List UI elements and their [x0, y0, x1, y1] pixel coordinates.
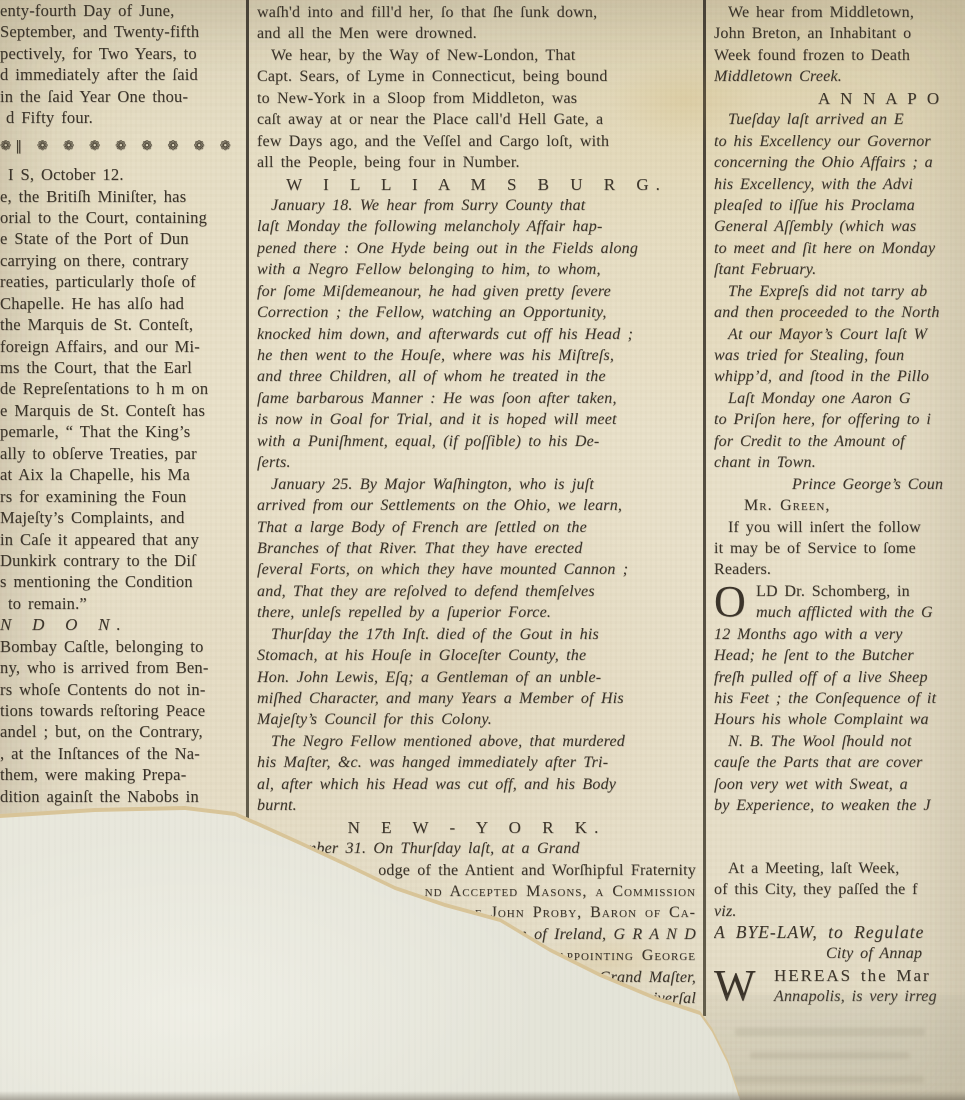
- section-heading: A N N A P O: [714, 88, 965, 109]
- text-line: in the ſaid Year One thou-: [0, 86, 238, 107]
- text-line: John Breton, an Inhabitant o: [714, 23, 965, 44]
- text-fragment: At our Mayor’s Court laſt W: [728, 326, 927, 343]
- text-line: 12 Months ago with a very: [714, 624, 965, 645]
- text-fragment: pened there : One Hyde being out in the …: [257, 240, 638, 257]
- text-line: knocked him down, and afterwards cut off…: [257, 324, 696, 345]
- text-line: Capt. Sears, of Lyme in Connecticut, bei…: [257, 66, 696, 87]
- text-line: with a Puniſhment, equal, (if poſſible) …: [257, 431, 696, 452]
- text-fragment: carrying on there, contrary: [0, 251, 189, 270]
- text-line: ſerts.: [257, 452, 696, 473]
- text-line: pleaſed to iſſue his Proclama: [714, 195, 965, 216]
- text-fragment: he then went to the Houſe, where was his…: [257, 347, 614, 364]
- text-line: viz.: [714, 901, 965, 922]
- text-line: freſh pulled off of a live Sheep: [714, 667, 965, 688]
- text-line: General Aſſembly (which was: [714, 216, 965, 237]
- text-fragment: rs for examining the Foun: [0, 487, 186, 506]
- text-fragment: Mr. Green,: [744, 497, 830, 514]
- section-heading: WHEREAS the Mar: [714, 965, 965, 986]
- text-fragment: for ſome Miſdemeanour, he had given pret…: [257, 283, 611, 300]
- section-heading: W I L L I A M S B U R G.: [257, 174, 696, 195]
- text-line: September, and Twenty-fifth: [0, 21, 238, 42]
- text-line: e, the Britiſh Miniſter, has: [0, 186, 238, 207]
- text-fragment: pectively, for Two Years, to: [0, 44, 197, 63]
- text-fragment: caſt away at or near the Place call'd He…: [257, 111, 603, 128]
- text-fragment: Hours his whole Complaint wa: [714, 711, 929, 728]
- text-fragment: and three Children, all of whom he treat…: [257, 368, 606, 385]
- text-line: chant in Town.: [714, 452, 965, 473]
- text-fragment: in the ſaid Year One thou-: [0, 87, 188, 106]
- text-line: concerning the Ohio Affairs ; a: [714, 152, 965, 173]
- text-fragment: We hear from Middletown,: [728, 4, 914, 21]
- text-fragment: pleaſed to iſſue his Proclama: [714, 197, 915, 214]
- text-line: tions towards reſtoring Peace: [0, 700, 238, 721]
- text-fragment: of this City, they paſſed the f: [714, 881, 918, 898]
- text-fragment: d Fifty four.: [6, 108, 93, 127]
- text-fragment: and then proceeded to the North: [714, 304, 940, 321]
- text-fragment: That a large Body of French are ſettled …: [257, 519, 587, 536]
- text-line: Tueſday laſt arrived an E: [714, 109, 965, 130]
- text-line: was tried for Stealing, foun: [714, 345, 965, 366]
- text-line: for ſome Miſdemeanour, he had given pret…: [257, 281, 696, 302]
- text-fragment: freſh pulled off of a live Sheep: [714, 669, 928, 686]
- text-line: At a Meeting, laſt Week,: [714, 858, 965, 879]
- text-line: Majeſty’s Complaints, and: [0, 507, 238, 528]
- section-heading: N D O N.: [0, 614, 238, 635]
- text-fragment: ally to obſerve Treaties, par: [0, 444, 197, 463]
- column-right: We hear from Middletown,John Breton, an …: [714, 2, 965, 1014]
- text-line: Thurſday the 17th Inſt. died of the Gout…: [257, 624, 696, 645]
- text-fragment: e, the Britiſh Miniſter, has: [0, 187, 186, 206]
- ghost-smudge: [735, 1028, 925, 1036]
- text-line: them, were making Prepa-: [0, 764, 238, 785]
- text-fragment: Bombay Caſtle, belonging to: [0, 637, 204, 656]
- text-fragment: N E W - Y O R K.: [348, 818, 606, 837]
- text-line: ny, who is arrived from Ben-: [0, 657, 238, 678]
- text-line: OLD Dr. Schomberg, in: [714, 581, 965, 602]
- text-fragment: January 25. By Major Waſhington, who is …: [271, 476, 594, 493]
- text-line: Bombay Caſtle, belonging to: [0, 636, 238, 657]
- text-fragment: cauſe the Parts that are cover: [714, 754, 923, 771]
- text-line: and then proceeded to the North: [714, 302, 965, 323]
- text-fragment: tions towards reſtoring Peace: [0, 701, 205, 720]
- text-fragment: Capt. Sears, of Lyme in Connecticut, bei…: [257, 68, 608, 85]
- text-line: January 25. By Major Waſhington, who is …: [257, 474, 696, 495]
- text-line: Hon. John Lewis, Eſq; a Gentleman of an …: [257, 667, 696, 688]
- text-fragment: in Caſe it appeared that any: [0, 530, 199, 549]
- text-line: caſt away at or near the Place call'd He…: [257, 109, 696, 130]
- text-fragment: the Marquis de St. Conteſt,: [0, 315, 193, 334]
- text-line: rs whoſe Contents do not in-: [0, 679, 238, 700]
- text-fragment: rs whoſe Contents do not in-: [0, 680, 206, 699]
- text-fragment: City of Annap: [826, 945, 922, 962]
- text-line: the Marquis de St. Conteſt,: [0, 314, 238, 335]
- text-fragment: ſeveral Forts, on which they have mounte…: [257, 561, 628, 578]
- text-fragment: Laſt Monday one Aaron G: [728, 390, 911, 407]
- text-fragment: m of Ireland, G R A N D: [515, 926, 696, 943]
- text-fragment: to remain.”: [8, 594, 87, 613]
- text-fragment: John Breton, an Inhabitant o: [714, 25, 911, 42]
- text-fragment: it may be of Service to ſome: [714, 540, 916, 557]
- text-line: and three Children, all of whom he treat…: [257, 366, 696, 387]
- text-line: his Maſter, &c. was hanged immediately a…: [257, 752, 696, 773]
- text-fragment: e State of the Port of Dun: [0, 229, 189, 248]
- text-fragment: his Maſter, &c. was hanged immediately a…: [257, 754, 608, 771]
- text-fragment: enty-fourth Day of June,: [0, 1, 175, 20]
- text-fragment: was tried for Stealing, foun: [714, 347, 904, 364]
- text-fragment: d immediately after the ſaid: [0, 65, 198, 84]
- text-line: foreign Affairs, and our Mi-: [0, 336, 238, 357]
- text-line: of this City, they paſſed the f: [714, 879, 965, 900]
- text-line: January 18. We hear from Surry County th…: [257, 195, 696, 216]
- page-shadow-tint: [706, 995, 965, 1100]
- ornament-row: ❁‖ ❁ ❁ ❁ ❁ ❁ ❁ ❁ ❁ ❁ ❁ ❁: [0, 136, 238, 157]
- text-line: The Negro Fellow mentioned above, that m…: [257, 731, 696, 752]
- text-fragment: Chapelle. He has alſo had: [0, 294, 184, 313]
- text-fragment: pemarle, “ That the King’s: [0, 422, 190, 441]
- text-fragment: odge of the Antient and Worſhipful Frate…: [378, 862, 696, 879]
- text-line: We hear from Middletown,: [714, 2, 965, 23]
- text-line: there, unleſs repelled by a ſuperior For…: [257, 602, 696, 623]
- text-fragment: is now in Goal for Trial, and it is hope…: [257, 411, 617, 428]
- text-fragment: al, after which his Head was cut off, an…: [257, 776, 616, 793]
- page-bottom-edge: [0, 1091, 965, 1100]
- text-fragment: at Aix la Chapelle, his Ma: [0, 465, 190, 484]
- text-line: That a large Body of French are ſettled …: [257, 517, 696, 538]
- column-divider-right: [703, 0, 706, 1016]
- text-fragment: ny, who is arrived from Ben-: [0, 658, 209, 677]
- text-line: to Priſon here, for offering to i: [714, 409, 965, 430]
- text-fragment: Majeſty’s Council for this Colony.: [257, 711, 492, 728]
- column-divider-left: [246, 0, 249, 833]
- text-fragment: s mentioning the Condition: [0, 572, 193, 591]
- text-fragment: dition againſt the Nabobs in: [0, 787, 199, 806]
- text-fragment: A N N A P O: [818, 89, 941, 108]
- text-line: waſh'd into and fill'd her, ſo that ſhe …: [257, 2, 696, 23]
- text-line: dition againſt the Nabobs in: [0, 786, 238, 807]
- text-fragment: January 18. We hear from Surry County th…: [271, 197, 585, 214]
- text-line: carrying on there, contrary: [0, 250, 238, 271]
- text-fragment: few Days ago, and the Veſſel and Cargo l…: [257, 133, 609, 150]
- text-fragment: appointing George: [558, 947, 696, 964]
- text-fragment: ſtant February.: [714, 261, 816, 278]
- text-fragment: there, unleſs repelled by a ſuperior For…: [257, 604, 551, 621]
- text-line: Laſt Monday one Aaron G: [714, 388, 965, 409]
- text-line: burnt.: [257, 795, 696, 816]
- text-line: laſt Monday the following melancholy Aff…: [257, 216, 696, 237]
- text-fragment: A BYE-LAW, to Regulate: [714, 922, 924, 942]
- text-fragment: reaties, particularly thoſe of: [0, 272, 196, 291]
- text-fragment: 12 Months ago with a very: [714, 626, 903, 643]
- text-fragment: Stomach, at his Houſe in Gloceſter Count…: [257, 647, 586, 664]
- text-line: Middletown Creek.: [714, 66, 965, 87]
- text-line: d Fifty four.: [0, 107, 238, 128]
- text-fragment: by Experience, to weaken the J: [714, 797, 931, 814]
- text-fragment: and all the Men were drowned.: [257, 25, 477, 42]
- text-fragment: to his Excellency our Governor: [714, 133, 931, 150]
- text-line: pectively, for Two Years, to: [0, 43, 238, 64]
- text-fragment: N D O N.: [0, 615, 128, 634]
- text-fragment: ſerts.: [257, 454, 291, 471]
- text-fragment: his Feet ; the Conſequence of it: [714, 690, 936, 707]
- text-line: Branches of that River. That they have e…: [257, 538, 696, 559]
- text-line: pemarle, “ That the King’s: [0, 421, 238, 442]
- text-line: by Experience, to weaken the J: [714, 795, 965, 816]
- column-left: enty-fourth Day of June,September, and T…: [0, 0, 238, 822]
- text-line: If you will inſert the follow: [714, 517, 965, 538]
- text-line: Prince George’s Coun: [714, 474, 965, 495]
- text-fragment: nd Accepted Masons, a Commiſſion: [425, 883, 696, 900]
- text-fragment: e Marquis de St. Conteſt has: [0, 401, 205, 420]
- column-gap: [714, 817, 965, 858]
- text-fragment: The Expreſs did not tarry ab: [728, 283, 927, 300]
- ghost-smudge: [750, 1052, 910, 1059]
- text-line: pened there : One Hyde being out in the …: [257, 238, 696, 259]
- text-fragment: W I L L I A M S B U R G.: [286, 175, 667, 194]
- text-fragment: chant in Town.: [714, 454, 816, 471]
- text-line: is now in Goal for Trial, and it is hope…: [257, 409, 696, 430]
- text-line: Correction ; the Fellow, watching an Opp…: [257, 302, 696, 323]
- text-fragment: Branches of that River. That they have e…: [257, 540, 583, 557]
- text-line: for Credit to the Amount of: [714, 431, 965, 452]
- text-fragment: to Priſon here, for offering to i: [714, 411, 931, 428]
- text-line: with a Negro Fellow belonging to him, to…: [257, 259, 696, 280]
- text-fragment: General Aſſembly (which was: [714, 218, 916, 235]
- text-fragment: waſh'd into and fill'd her, ſo that ſhe …: [257, 4, 597, 21]
- text-line: At our Mayor’s Court laſt W: [714, 324, 965, 345]
- text-fragment: Tueſday laſt arrived an E: [728, 111, 904, 128]
- text-line: andel ; but, on the Contrary,: [0, 721, 238, 742]
- text-line: Mr. Green,: [714, 495, 965, 516]
- text-line: orial to the Court, containing: [0, 207, 238, 228]
- text-fragment: Dunkirk contrary to the Diſ: [0, 551, 196, 570]
- text-fragment: his Excellency, with the Advi: [714, 176, 913, 193]
- text-fragment: foreign Affairs, and our Mi-: [0, 337, 200, 356]
- text-line: much afflicted with the G: [714, 602, 965, 623]
- text-line: Majeſty’s Council for this Colony.: [257, 709, 696, 730]
- text-fragment: LD Dr. Schomberg, in: [756, 583, 910, 600]
- text-fragment: with a Negro Fellow belonging to him, to…: [257, 261, 601, 278]
- text-line: Week found frozen to Death: [714, 45, 965, 66]
- text-line: Dunkirk contrary to the Diſ: [0, 550, 238, 571]
- text-fragment: ❁‖ ❁ ❁ ❁ ❁ ❁ ❁ ❁ ❁ ❁ ❁ ❁: [0, 138, 238, 154]
- text-line: and all the Men were drowned.: [257, 23, 696, 44]
- text-line: to remain.”: [0, 593, 238, 614]
- text-fragment: laſt Monday the following melancholy Aff…: [257, 218, 603, 235]
- text-line: ſeveral Forts, on which they have mounte…: [257, 559, 696, 580]
- text-line: , at the Inſtances of the Na-: [0, 743, 238, 764]
- text-line: few Days ago, and the Veſſel and Cargo l…: [257, 131, 696, 152]
- section-heading: N E W - Y O R K.: [257, 817, 696, 838]
- text-fragment: whipp’d, and ſtood in the Pillo: [714, 368, 929, 385]
- ghost-smudge: [724, 1076, 924, 1083]
- text-fragment: , at the Inſtances of the Na-: [0, 744, 200, 763]
- text-line: his Excellency, with the Advi: [714, 174, 965, 195]
- text-line: to his Excellency our Governor: [714, 131, 965, 152]
- text-fragment: Middletown Creek.: [714, 68, 842, 85]
- text-line: e State of the Port of Dun: [0, 228, 238, 249]
- text-line: Readers.: [714, 559, 965, 580]
- text-line: ſoon very wet with Sweat, a: [714, 774, 965, 795]
- text-fragment: If you will inſert the follow: [728, 519, 921, 536]
- text-line: ſame barbarous Manner : He was ſoon afte…: [257, 388, 696, 409]
- text-line: d immediately after the ſaid: [0, 64, 238, 85]
- text-line: al, after which his Head was cut off, an…: [257, 774, 696, 795]
- text-fragment: all the People, being four in Number.: [257, 154, 520, 171]
- text-line: whipp’d, and ſtood in the Pillo: [714, 366, 965, 387]
- text-fragment: Head; he ſent to the Butcher: [714, 647, 914, 664]
- text-fragment: to meet and ſit here on Monday: [714, 240, 935, 257]
- text-fragment: and, That they are reſolved to defend th…: [257, 583, 595, 600]
- text-line: it may be of Service to ſome: [714, 538, 965, 559]
- text-line: rs for examining the Foun: [0, 486, 238, 507]
- text-fragment: orial to the Court, containing: [0, 208, 207, 227]
- text-line: s mentioning the Condition: [0, 571, 238, 592]
- text-line: ally to obſerve Treaties, par: [0, 443, 238, 464]
- text-line: miſhed Character, and many Years a Membe…: [257, 688, 696, 709]
- text-fragment: We hear, by the Way of New-London, That: [271, 47, 575, 64]
- text-line: Chapelle. He has alſo had: [0, 293, 238, 314]
- text-fragment: miſhed Character, and many Years a Membe…: [257, 690, 624, 707]
- text-line: at Aix la Chapelle, his Ma: [0, 464, 238, 485]
- text-line: reaties, particularly thoſe of: [0, 271, 238, 292]
- text-line: he then went to the Houſe, where was his…: [257, 345, 696, 366]
- newspaper-page: enty-fourth Day of June,September, and T…: [0, 0, 965, 1100]
- text-line: his Feet ; the Conſequence of it: [714, 688, 965, 709]
- text-fragment: ms the Court, that the Earl: [0, 358, 192, 377]
- text-fragment: ſoon very wet with Sweat, a: [714, 776, 908, 793]
- text-line: Head; he ſent to the Butcher: [714, 645, 965, 666]
- text-line: to New-York in a Sloop from Middleton, w…: [257, 88, 696, 109]
- text-line: A BYE-LAW, to Regulate: [714, 922, 965, 943]
- text-fragment: Prince George’s Coun: [792, 476, 943, 493]
- text-line: to meet and ſit here on Monday: [714, 238, 965, 259]
- text-line: Hours his whole Complaint wa: [714, 709, 965, 730]
- text-fragment: viz.: [714, 903, 737, 920]
- text-fragment: them, were making Prepa-: [0, 765, 186, 784]
- text-fragment: with a Puniſhment, equal, (if poſſible) …: [257, 433, 599, 450]
- text-fragment: Majeſty’s Complaints, and: [0, 508, 185, 527]
- text-fragment: burnt.: [257, 797, 297, 814]
- text-line: cauſe the Parts that are cover: [714, 752, 965, 773]
- text-line: We hear, by the Way of New-London, That: [257, 45, 696, 66]
- text-fragment: concerning the Ohio Affairs ; a: [714, 154, 933, 171]
- text-fragment: de Repreſentations to h m on: [0, 379, 208, 398]
- text-fragment: Readers.: [714, 561, 771, 578]
- text-fragment: much afflicted with the G: [756, 604, 933, 621]
- text-fragment: At a Meeting, laſt Week,: [728, 860, 899, 877]
- text-line: Stomach, at his Houſe in Gloceſter Count…: [257, 645, 696, 666]
- text-fragment: Hon. John Lewis, Eſq; a Gentleman of an …: [257, 669, 601, 686]
- text-fragment: Week found frozen to Death: [714, 47, 910, 64]
- text-line: de Repreſentations to h m on: [0, 378, 238, 399]
- text-fragment: I S, October 12.: [8, 165, 124, 184]
- text-line: arrived from our Settlements on the Ohio…: [257, 495, 696, 516]
- text-fragment: Thurſday the 17th Inſt. died of the Gout…: [271, 626, 599, 643]
- text-line: and, That they are reſolved to defend th…: [257, 581, 696, 602]
- text-line: e Marquis de St. Conteſt has: [0, 400, 238, 421]
- text-line: all the People, being four in Number.: [257, 152, 696, 173]
- text-fragment: N. B. The Wool ſhould not: [728, 733, 912, 750]
- text-line: ms the Court, that the Earl: [0, 357, 238, 378]
- text-fragment: knocked him down, and afterwards cut off…: [257, 326, 633, 343]
- text-fragment: ſame barbarous Manner : He was ſoon afte…: [257, 390, 617, 407]
- text-line: ſtant February.: [714, 259, 965, 280]
- text-line: enty-fourth Day of June,: [0, 0, 238, 21]
- text-fragment: arrived from our Settlements on the Ohio…: [257, 497, 622, 514]
- text-line: I S, October 12.: [0, 164, 238, 185]
- text-fragment: to New-York in a Sloop from Middleton, w…: [257, 90, 577, 107]
- text-line: N. B. The Wool ſhould not: [714, 731, 965, 752]
- text-fragment: andel ; but, on the Contrary,: [0, 722, 203, 741]
- text-fragment: September, and Twenty-fifth: [0, 22, 199, 41]
- text-fragment: The Negro Fellow mentioned above, that m…: [271, 733, 625, 750]
- text-fragment: HEREAS the Mar: [774, 966, 931, 985]
- text-fragment: Correction ; the Fellow, watching an Opp…: [257, 304, 607, 321]
- text-fragment: for Credit to the Amount of: [714, 433, 905, 450]
- text-line: The Expreſs did not tarry ab: [714, 281, 965, 302]
- text-line: in Caſe it appeared that any: [0, 529, 238, 550]
